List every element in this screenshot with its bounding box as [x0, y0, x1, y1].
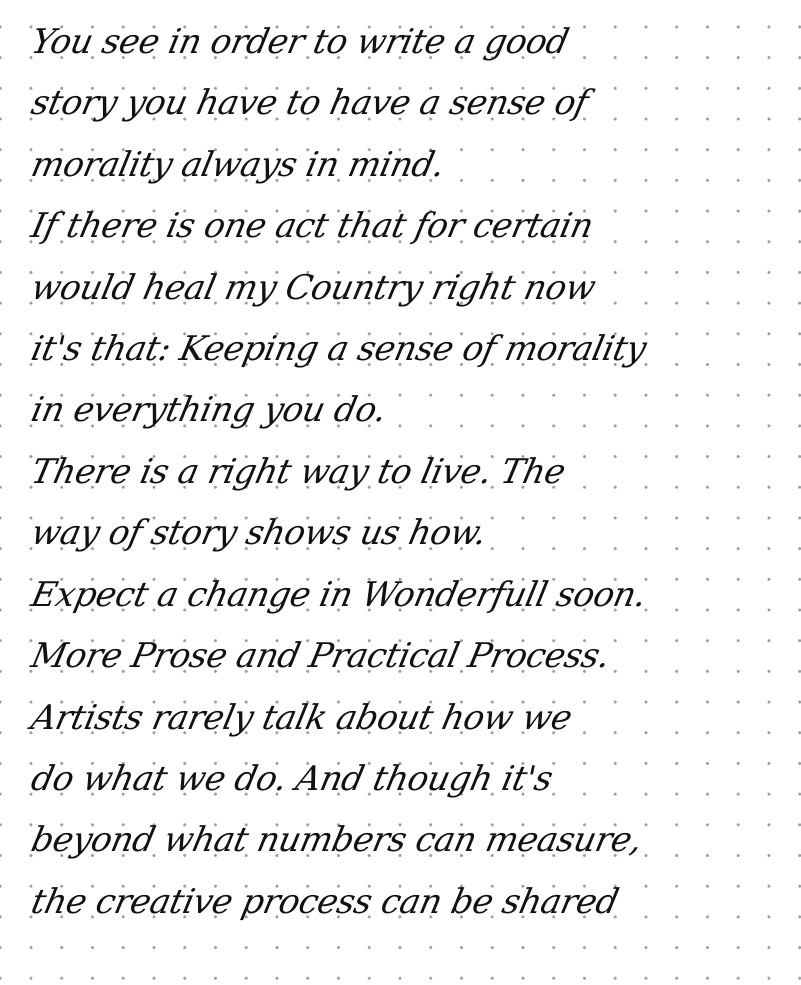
- text-line: would heal my Country right now: [26, 260, 600, 316]
- text-line: Expect a change in Wonderfull soon.: [26, 567, 652, 623]
- text-line: More Prose and Practical Process.: [26, 628, 615, 684]
- text-line: Artists rarely talk about how we: [26, 690, 577, 746]
- text-line: do what we do. And though it's: [26, 751, 558, 807]
- text-line: If there is one act that for certain: [26, 198, 598, 254]
- text-line: There is a right way to live. The: [26, 444, 570, 500]
- text-line: way of story shows us how.: [26, 505, 492, 561]
- text-line: it's that: Keeping a sense of morality: [26, 321, 651, 377]
- dot-grid-page: You see in order to write a good story y…: [0, 0, 801, 985]
- text-line: beyond what numbers can measure,: [26, 812, 647, 868]
- text-line: You see in order to write a good: [26, 14, 574, 70]
- text-line: the creative process can be shared: [26, 874, 624, 930]
- text-line: in everything you do.: [26, 382, 392, 438]
- text-line: story you have to have a sense of: [26, 75, 593, 131]
- text-line: morality always in mind.: [26, 137, 450, 193]
- handwritten-text: You see in order to write a good story y…: [0, 0, 801, 985]
